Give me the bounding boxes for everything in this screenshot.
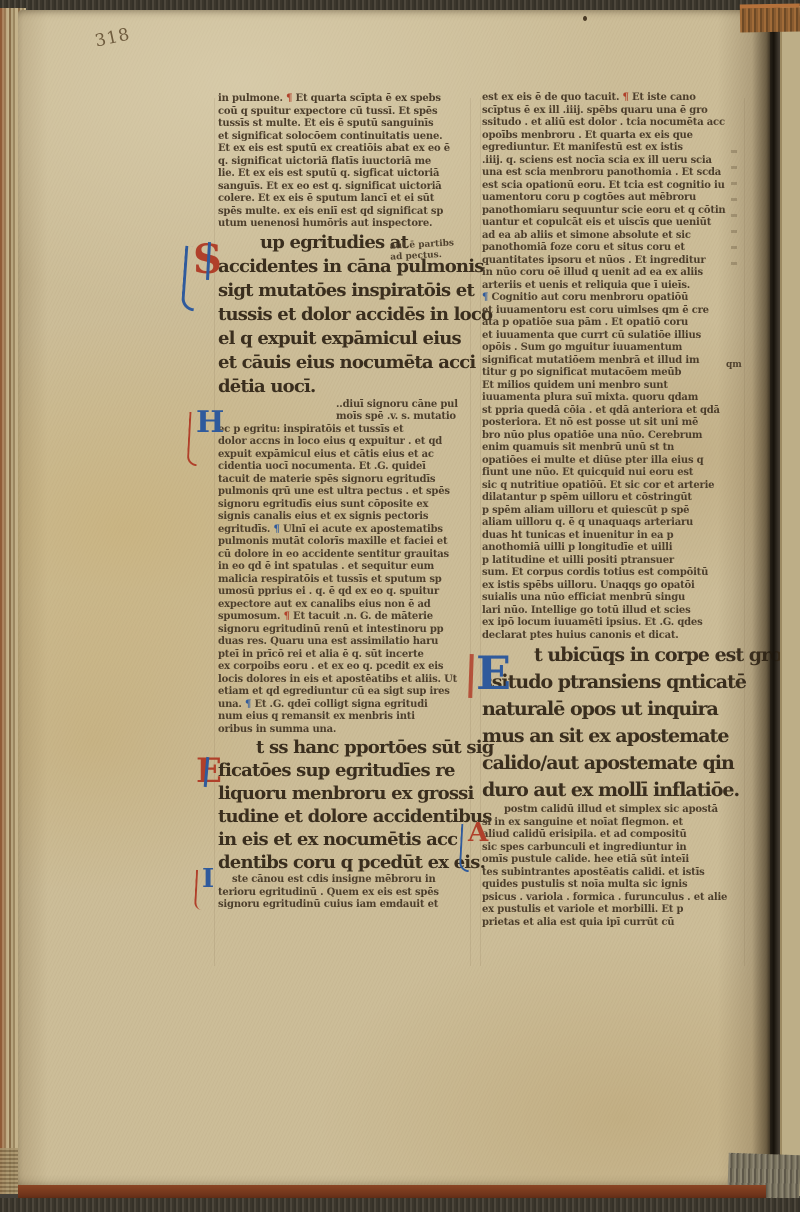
pilcrow-mark: ¶ bbox=[623, 92, 629, 103]
rubricated-initial-E-right: E bbox=[476, 650, 511, 696]
text-line: ssitudo ptransiens qnticatē bbox=[482, 669, 744, 696]
text-line: aliud calidū erisipila. et ad compositū bbox=[482, 829, 744, 842]
text-line: expectore aut ex canalibs eius non ē ad bbox=[218, 599, 470, 612]
text-line: calido/aut apostemate qin bbox=[482, 750, 744, 777]
text-line: signoru egritudinū cuius iam emdauit et bbox=[218, 899, 470, 912]
text-line: oribus in summa una. bbox=[218, 724, 470, 737]
text-line: egrediuntur. Et manifestū est ex istis bbox=[482, 142, 744, 155]
text-line: moīs spē .v. s. mutatio bbox=[336, 411, 470, 424]
text-line: st ppria quedā cōia . et qdā anteriora e… bbox=[482, 405, 744, 418]
text-line: una est scia menbroru panothomia . Et sc… bbox=[482, 167, 744, 180]
text-line: sic q nutritiue opatiōū. Et sic cor et a… bbox=[482, 480, 744, 493]
text-line: et cāuis eius nocumēta acci bbox=[218, 351, 470, 375]
text-line: posteriora. Et nō est posse ut sit uni m… bbox=[482, 417, 744, 430]
text-line: in eis et ex nocumētis acc bbox=[218, 828, 470, 851]
text-line: pulmonis mutāt colorīs maxille et faciei… bbox=[218, 536, 470, 549]
text-line: panothomiaru sequuntur scie eoru et q cō… bbox=[482, 205, 744, 218]
rubricated-initial-I: I bbox=[202, 866, 214, 892]
page-edges-top-right bbox=[740, 3, 800, 32]
text-line: umosū pprius ei . q. ē qd ex eo q. spuit… bbox=[218, 586, 470, 599]
text-line: in nūo coru oē illud q uenit ad ea ex al… bbox=[482, 267, 744, 280]
ruling-line bbox=[744, 98, 745, 966]
text-line: iuuamenta plura suī mixta. quoru qdam bbox=[482, 392, 744, 405]
left-paragraph-2: ..diuī signoru cāne pulmoīs spē .v. s. m… bbox=[218, 399, 470, 737]
text-line: ..diuī signoru cāne pul bbox=[336, 399, 470, 412]
text-line: pteī in prīcō rei et alia ē q. sūt incer… bbox=[218, 649, 470, 662]
text-line: quantitates ipsoru et nūos . Et ingredit… bbox=[482, 255, 744, 268]
text-line: sic spes carbunculi et ingrediuntur in bbox=[482, 842, 744, 855]
text-line: duas ht tunicas et inuenitur in ea p bbox=[482, 530, 744, 543]
right-heading: t ubicūqs in corpe est grossitudo ptrans… bbox=[482, 642, 744, 804]
text-line: ste cānou est cdis insigne mēbroru in bbox=[232, 874, 470, 887]
text-line: t ss hanc pportōes sūt sig bbox=[256, 736, 470, 759]
text-line: ad ea ab aliis et simone absolute et sic bbox=[482, 230, 744, 243]
text-line: enim quamuis sit menbrū unū st tn bbox=[482, 442, 744, 455]
text-line: ec p egritu: inspiratōis et tussīs et bbox=[218, 424, 470, 437]
text-line: tudine et dolore accidentibus bbox=[218, 805, 470, 828]
text-line: tussīs st multe. Et eis ē sputū sanguinī… bbox=[218, 118, 470, 131]
text-line: dētia uocī. bbox=[218, 375, 470, 399]
text-line: ex ipō locum iuuamēti ipsius. Et .G. qde… bbox=[482, 617, 744, 630]
text-line: spumosum. ¶ Et tacuit .n. G. de māterie bbox=[218, 611, 470, 624]
text-line: lie. Et ex eis est sputū q. sigficat uic… bbox=[218, 168, 470, 181]
text-line: mus an sit ex apostemate bbox=[482, 723, 744, 750]
text-line: una. ¶ Et .G. qdeī colligt signa egritud… bbox=[218, 699, 470, 712]
text-line: q. significat uictoriā flatīs iuuctoriā … bbox=[218, 156, 470, 169]
text-line: in pulmone. ¶ Et quarta scīpta ē ex speb… bbox=[218, 93, 470, 106]
right-paragraph-2: postm calidū illud et simplex sic apostā… bbox=[482, 804, 744, 929]
text-line: prietas et alia est quia ipī currūt cū bbox=[482, 917, 744, 930]
text-line: opōis . Sum go mguitur iuuamentum bbox=[482, 342, 744, 355]
text-line: significat mutatiōem menbrā et illud im bbox=[482, 355, 744, 368]
left-heading-2: t ss hanc pportōes sūt sigficatōes sup e… bbox=[218, 736, 470, 874]
text-line: t ubicūqs in corpe est gro bbox=[534, 642, 744, 669]
text-line: duas res. Quaru una est assimilatio haru bbox=[218, 636, 470, 649]
text-line: colere. Et ex eis ē sputum lancī et ei s… bbox=[218, 193, 470, 206]
text-line: est ex eis ē de quo tacuit. ¶ Et iste ca… bbox=[482, 92, 744, 105]
rubricated-initial-A: A bbox=[468, 820, 488, 846]
text-line: malicia respiratōis et tussīs et sputum … bbox=[218, 574, 470, 587]
text-line: coū q spuitur expectore cū tussī. Et spē… bbox=[218, 106, 470, 119]
text-line: opoībs menbroru . Et quarta ex eis que bbox=[482, 130, 744, 143]
text-line: panothomiā foze coru et situs coru et bbox=[482, 242, 744, 255]
text-line: signis canalis eius et ex signis pectori… bbox=[218, 511, 470, 524]
text-line: anothomiā uilli p longitudīe et uilli bbox=[482, 542, 744, 555]
text-line: utum uenenosi humōris aut inspectore. bbox=[218, 218, 470, 231]
left-paragraph-1: in pulmone. ¶ Et quarta scīpta ē ex speb… bbox=[218, 93, 470, 231]
text-line: ex corpoibs eoru . et ex eo q. pcedit ex… bbox=[218, 661, 470, 674]
ink-speck bbox=[583, 16, 587, 21]
text-line: suialis una nūo efficiat menbrū singu bbox=[482, 592, 744, 605]
text-line: fiunt une nūo. Et quicquid nui eoru est bbox=[482, 467, 744, 480]
text-line: Et milios quidem uni menbro sunt bbox=[482, 380, 744, 393]
text-line: uantur et copulcāt eis et uiscīs que uen… bbox=[482, 217, 744, 230]
text-line: lari nūo. Intellige go totū illud et sci… bbox=[482, 605, 744, 618]
pilcrow-mark: ¶ bbox=[245, 699, 251, 710]
text-line: pulmonis qrū une est ultra pectus . et s… bbox=[218, 486, 470, 499]
page-stack-left-tint bbox=[0, 8, 8, 1194]
text-line: ¶ Cognitio aut coru menbroru opatiōū bbox=[482, 292, 744, 305]
text-line: declarat ptes huius canonis et dicat. bbox=[482, 630, 744, 643]
text-line: spēs multe. ex eis eniī est qd significa… bbox=[218, 206, 470, 219]
text-line: cidentia uocī nocumenta. Et .G. quideī bbox=[218, 461, 470, 474]
text-line: locis dolores in eis et apostēatibs et a… bbox=[218, 674, 470, 687]
text-line: bro nūo plus opatiōe una nūo. Cerebrum bbox=[482, 430, 744, 443]
text-line: aliam uilloru q. ē q unaquaqs arteriaru bbox=[482, 517, 744, 530]
ruling-line bbox=[214, 98, 215, 966]
text-line: in eo qd ē int spatulas . et sequitur eu… bbox=[218, 561, 470, 574]
text-line: liquoru menbroru ex grossi bbox=[218, 782, 470, 805]
text-line: etiam et qd egrediuntur cū ea sigt sup i… bbox=[218, 686, 470, 699]
rubricated-initial-S: S bbox=[193, 240, 222, 280]
text-line: ficatōes sup egritudīes re bbox=[218, 759, 470, 782]
text-line: p latitudine et uilli positi ptransuer bbox=[482, 555, 744, 568]
text-line: expuit expāmicul eius et cātis eius et a… bbox=[218, 449, 470, 462]
text-line: cū dolore in eo accidente sentitur graui… bbox=[218, 549, 470, 562]
ink-showthrough bbox=[731, 150, 737, 270]
text-line: ssitudo . et aliū est dolor . tcia nocum… bbox=[482, 117, 744, 130]
text-line: tacuit de materie spēs signoru egritudīs bbox=[218, 474, 470, 487]
text-line: naturalē opos ut inquira bbox=[482, 696, 744, 723]
text-line: signoru egritudinū renū et intestinoru p… bbox=[218, 624, 470, 637]
text-line: quides pustulis st noīa multa sic ignis bbox=[482, 879, 744, 892]
text-line: duro aut ex mollī inflatiōe. bbox=[482, 777, 744, 804]
pilcrow-mark: ¶ bbox=[286, 93, 292, 104]
text-line: dolor accns in loco eius q expuitur . et… bbox=[218, 436, 470, 449]
text-line: terioru egritudinū . Quem ex eis est spē… bbox=[218, 887, 470, 900]
facing-page-edge bbox=[780, 6, 800, 1196]
text-line: et iuuamenta que currt cū sulatiōe illiu… bbox=[482, 330, 744, 343]
text-line: sigt mutatōes inspiratōis et bbox=[218, 279, 470, 303]
text-line: opatiōes ei multe et diūse pter illa eiu… bbox=[482, 455, 744, 468]
text-line: num eius q remansit ex menbris inti bbox=[218, 711, 470, 724]
text-line: dentibs coru q pcedūt ex eis. bbox=[218, 851, 470, 874]
text-line: el q expuit expāmicul eius bbox=[218, 327, 470, 351]
text-line: est scia opationū eoru. Et tcia est cogn… bbox=[482, 180, 744, 193]
text-line: tussis et dolor accidēs in loco bbox=[218, 303, 470, 327]
text-line: dilatantur p spēm uilloru et cōstringūt bbox=[482, 492, 744, 505]
left-text-column: in pulmone. ¶ Et quarta scīpta ē ex speb… bbox=[218, 93, 470, 912]
text-line: p spēm aliam uilloru et quiescūt p spē bbox=[482, 505, 744, 518]
text-line: egritudīs. ¶ Ulnī ei acute ex apostemati… bbox=[218, 524, 470, 537]
text-line: postm calidū illud et simplex sic apostā bbox=[504, 804, 744, 817]
background-cloth-bottom bbox=[0, 1198, 800, 1212]
marginal-note-left: aut ē partibsad pectus. bbox=[389, 238, 454, 263]
text-line: ex pustulis et variole et morbilli. Et p bbox=[482, 904, 744, 917]
pilcrow-mark: ¶ bbox=[274, 524, 280, 535]
pilcrow-mark: ¶ bbox=[482, 292, 488, 303]
text-line: omīs pustule calide. hee etiā sūt inteīi bbox=[482, 854, 744, 867]
right-text-column: est ex eis ē de quo tacuit. ¶ Et iste ca… bbox=[482, 92, 744, 929]
text-line: arteriis et uenis et reliquia que ī uieī… bbox=[482, 280, 744, 293]
text-line: sanguīs. Et ex eo est q. significat uict… bbox=[218, 181, 470, 194]
text-line: uamentoru coru p cogtōes aut mēbroru bbox=[482, 192, 744, 205]
text-line: sum. Et corpus cordis totius est compōit… bbox=[482, 567, 744, 580]
manuscript-photo: 318 in pulmone. ¶ Et quarta scīpta ē ex … bbox=[0, 0, 800, 1212]
text-line: signoru egritudīs eius sunt cōposite ex bbox=[218, 499, 470, 512]
text-line: tes subintrantes apostēatis calidi. et i… bbox=[482, 867, 744, 880]
text-line: ex istis spēbs uilloru. Unaqqs go opatōi bbox=[482, 580, 744, 593]
text-line: et iuuamentoru est coru uimlses qm ē cre bbox=[482, 305, 744, 318]
text-line: .iiij. q. sciens est nocīa scia ex ill u… bbox=[482, 155, 744, 168]
text-line: ata p opatiōe sua pām . Et opatiō coru bbox=[482, 317, 744, 330]
text-line: titur g po significat mutacōem meūb bbox=[482, 367, 744, 380]
text-line: psicus . variola . formica . furunculus … bbox=[482, 892, 744, 905]
rubricated-initial-H: H bbox=[196, 408, 224, 438]
left-paragraph-3: ste cānou est cdis insigne mēbroru inter… bbox=[218, 874, 470, 912]
text-line: Et ex eis est sputū ex creatiōis abat ex… bbox=[218, 143, 470, 156]
marginal-note-right: qm bbox=[726, 360, 742, 370]
text-line: et significat solocōem continuitatis uen… bbox=[218, 131, 470, 144]
rubricated-initial-E-left: E bbox=[196, 754, 222, 788]
text-line: si in ex sanguine et noīat flegmon. et bbox=[482, 817, 744, 830]
right-paragraph-1: est ex eis ē de quo tacuit. ¶ Et iste ca… bbox=[482, 92, 744, 642]
pilcrow-mark: ¶ bbox=[284, 611, 290, 622]
text-line: scīptus ē ex ill .iiij. spēbs quaru una … bbox=[482, 105, 744, 118]
